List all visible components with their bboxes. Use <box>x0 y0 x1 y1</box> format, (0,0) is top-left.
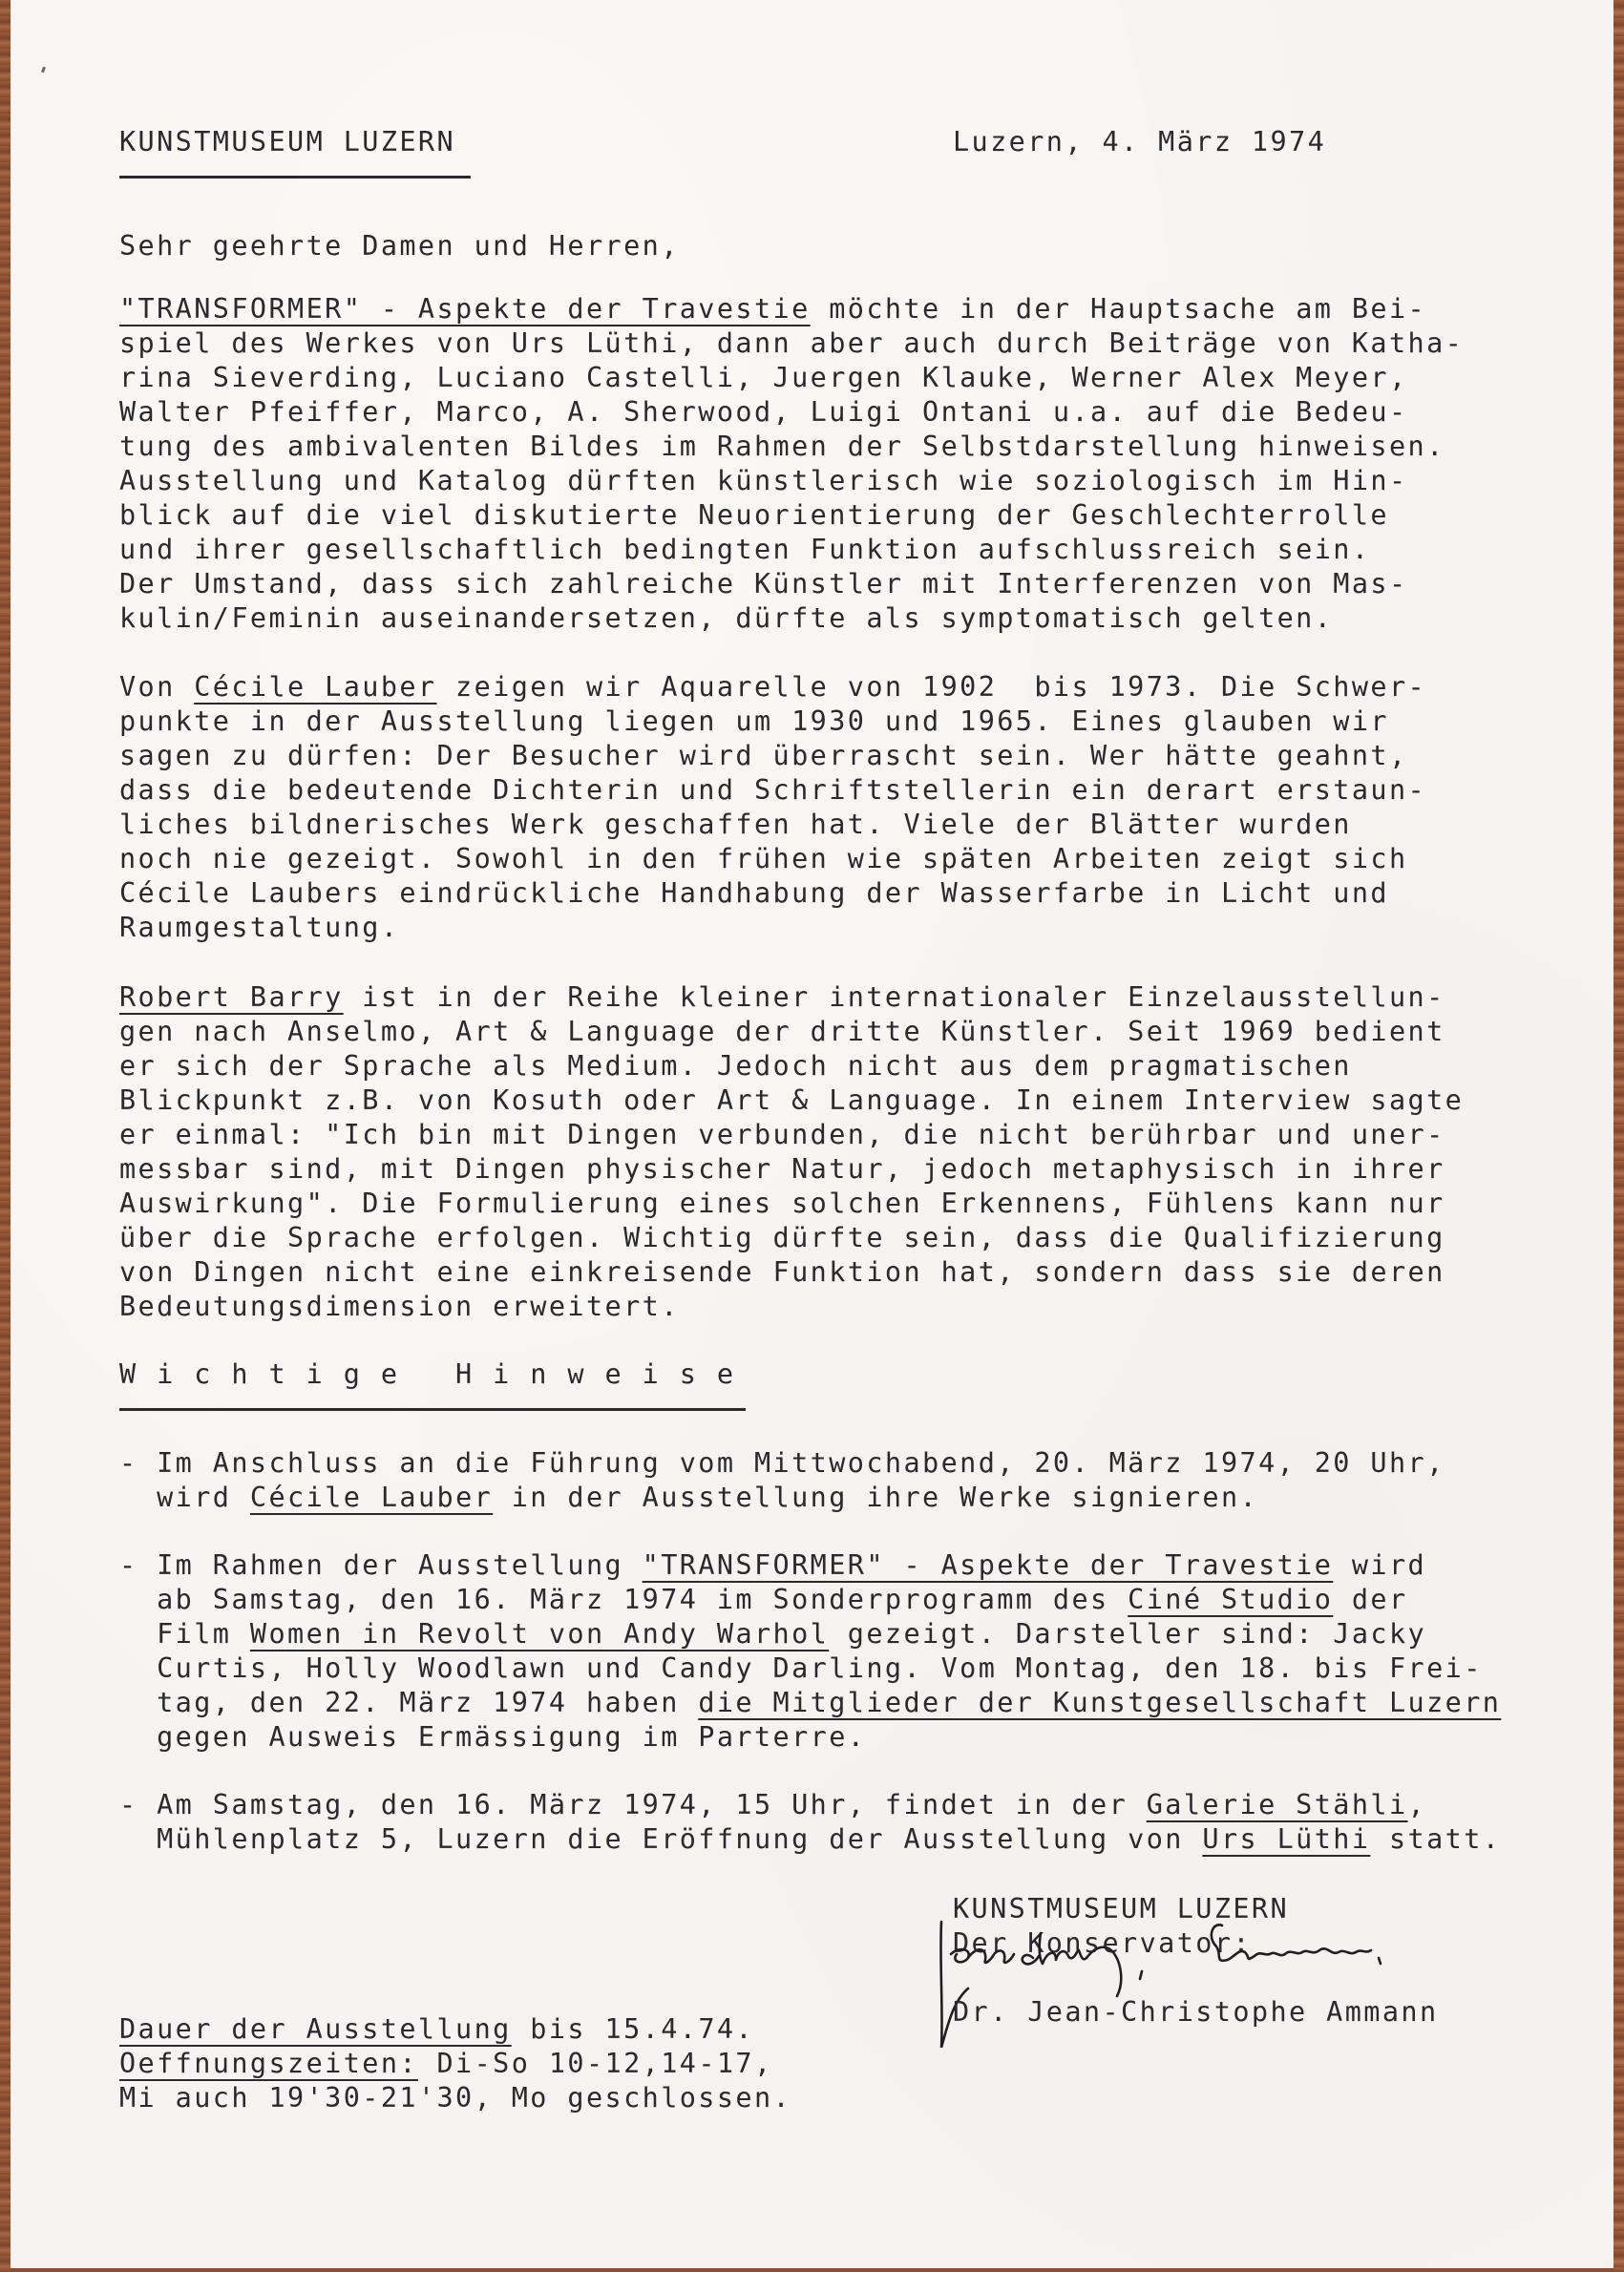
notice-line: wird Cécile Lauber in der Ausstellung ih… <box>119 1481 1258 1515</box>
artist-name-urs-luethi: Urs Lüthi <box>1202 1823 1370 1855</box>
p2-line: sagen zu dürfen: Der Besucher wird überr… <box>119 739 1408 773</box>
venue-cine-studio: Ciné Studio <box>1128 1584 1333 1615</box>
p3-line: Blickpunkt z.B. von Kosuth oder Art & La… <box>119 1083 1464 1118</box>
p2-line: Cécile Laubers eindrückliche Handhabung … <box>119 876 1389 911</box>
p1-line: spiel des Werkes von Urs Lüthi, dann abe… <box>119 326 1464 361</box>
notice-line: tag, den 22. März 1974 haben die Mitglie… <box>119 1686 1501 1720</box>
p1-line: blick auf die viel diskutierte Neuorient… <box>119 498 1389 533</box>
p2-line: punkte in der Ausstellung liegen um 1930… <box>119 705 1389 739</box>
letter-date: Luzern, 4. März 1974 <box>953 125 1326 159</box>
p2-line: noch nie gezeigt. Sowohl in den frühen w… <box>119 842 1408 876</box>
notice-line: - Im Rahmen der Ausstellung "TRANSFORMER… <box>119 1548 1426 1583</box>
notice-line: ab Samstag, den 16. März 1974 im Sonderp… <box>119 1583 1408 1617</box>
p3-line: Robert Barry ist in der Reihe kleiner in… <box>119 980 1445 1015</box>
p3-line: Bedeutungsdimension erweitert. <box>119 1290 680 1324</box>
artist-name-cecile-lauber: Cécile Lauber <box>194 671 436 703</box>
p2-line: Von Cécile Lauber zeigen wir Aquarelle v… <box>119 670 1426 705</box>
p3-line: gen nach Anselmo, Art & Language der dri… <box>119 1015 1445 1049</box>
notice-line: Curtis, Holly Woodlawn und Candy Darling… <box>119 1651 1483 1686</box>
notice-line: - Am Samstag, den 16. März 1974, 15 Uhr,… <box>119 1788 1426 1822</box>
paper-speck <box>41 67 46 74</box>
hours-label: Oeffnungszeiten: <box>119 2048 418 2079</box>
notice-line: gegen Ausweis Ermässigung im Parterre. <box>119 1720 866 1755</box>
p2-line: Raumgestaltung. <box>119 911 399 945</box>
salutation: Sehr geehrte Damen und Herren, <box>119 229 680 263</box>
letter-document: KUNSTMUSEUM LUZERN Luzern, 4. März 1974 … <box>11 0 1613 2268</box>
exhibition-title-transformer: "TRANSFORMER" - Aspekte der Travestie <box>643 1549 1334 1581</box>
hours-line: Oeffnungszeiten: Di-So 10-12,14-17, <box>119 2047 773 2081</box>
artist-name-robert-barry: Robert Barry <box>119 981 344 1013</box>
film-title-women-in-revolt: Women in Revolt von Andy Warhol <box>250 1618 829 1650</box>
p3-line: über die Sprache erfolgen. Wichtig dürft… <box>119 1221 1445 1255</box>
p1-line: tung des ambivalenten Bildes im Rahmen d… <box>119 430 1445 464</box>
members-kunstgesellschaft: die Mitglieder der Kunstgesellschaft Luz… <box>698 1687 1501 1718</box>
signatory-name: Dr. Jean-Christophe Ammann <box>953 1995 1439 2030</box>
notice-line: - Im Anschluss an die Führung vom Mittwo… <box>119 1446 1445 1481</box>
p1-line: Ausstellung und Katalog dürften künstler… <box>119 464 1408 498</box>
notices-heading: W i c h t i g e H i n w e i s e <box>119 1357 735 1392</box>
hours-value: Di-So 10-12,14-17, <box>418 2048 773 2079</box>
notices-heading-rule <box>119 1408 746 1411</box>
p3-line: Auswirkung". Die Formulierung eines solc… <box>119 1187 1445 1221</box>
p3-line: er einmal: "Ich bin mit Dingen verbunden… <box>119 1118 1445 1152</box>
letterhead-institution: KUNSTMUSEUM LUZERN <box>119 125 455 159</box>
p1-line: Walter Pfeiffer, Marco, A. Sherwood, Lui… <box>119 395 1408 430</box>
hours-extra: Mi auch 19'30-21'30, Mo geschlossen. <box>119 2081 791 2115</box>
exhibition-title-transformer: "TRANSFORMER" - Aspekte der Travestie <box>119 293 811 325</box>
p3-line: messbar sind, mit Dingen physischer Natu… <box>119 1152 1445 1187</box>
p1-line: und ihrer gesellschaftlich bedingten Fun… <box>119 533 1370 567</box>
notice-line: Mühlenplatz 5, Luzern die Eröffnung der … <box>119 1822 1501 1857</box>
artist-name-cecile-lauber: Cécile Lauber <box>250 1482 493 1513</box>
p2-line: liches bildnerisches Werk geschaffen hat… <box>119 808 1352 842</box>
p1-line: kulin/Feminin auseinandersetzen, dürfte … <box>119 601 1333 636</box>
p1-line: "TRANSFORMER" - Aspekte der Travestie mö… <box>119 292 1426 326</box>
notice-line: Film Women in Revolt von Andy Warhol gez… <box>119 1617 1426 1651</box>
p2-line: dass die bedeutende Dichterin und Schrif… <box>119 773 1426 808</box>
wood-background-right <box>1613 0 1624 2272</box>
p1-line: Der Umstand, dass sich zahlreiche Künstl… <box>119 567 1408 601</box>
p3-line: von Dingen nicht eine einkreisende Funkt… <box>119 1255 1445 1290</box>
p3-line: er sich der Sprache als Medium. Jedoch n… <box>119 1049 1352 1083</box>
duration-label: Dauer der Ausstellung <box>119 2013 512 2045</box>
wood-background-left <box>0 0 11 2272</box>
p1-line: rina Sieverding, Luciano Castelli, Juerg… <box>119 361 1408 395</box>
letterhead-rule <box>119 176 471 179</box>
letter-paper: KUNSTMUSEUM LUZERN Luzern, 4. März 1974 … <box>11 0 1613 2268</box>
duration-value: bis 15.4.74. <box>512 2013 754 2045</box>
venue-galerie-staehli: Galerie Stähli <box>1147 1789 1408 1820</box>
duration-line: Dauer der Ausstellung bis 15.4.74. <box>119 2012 754 2047</box>
